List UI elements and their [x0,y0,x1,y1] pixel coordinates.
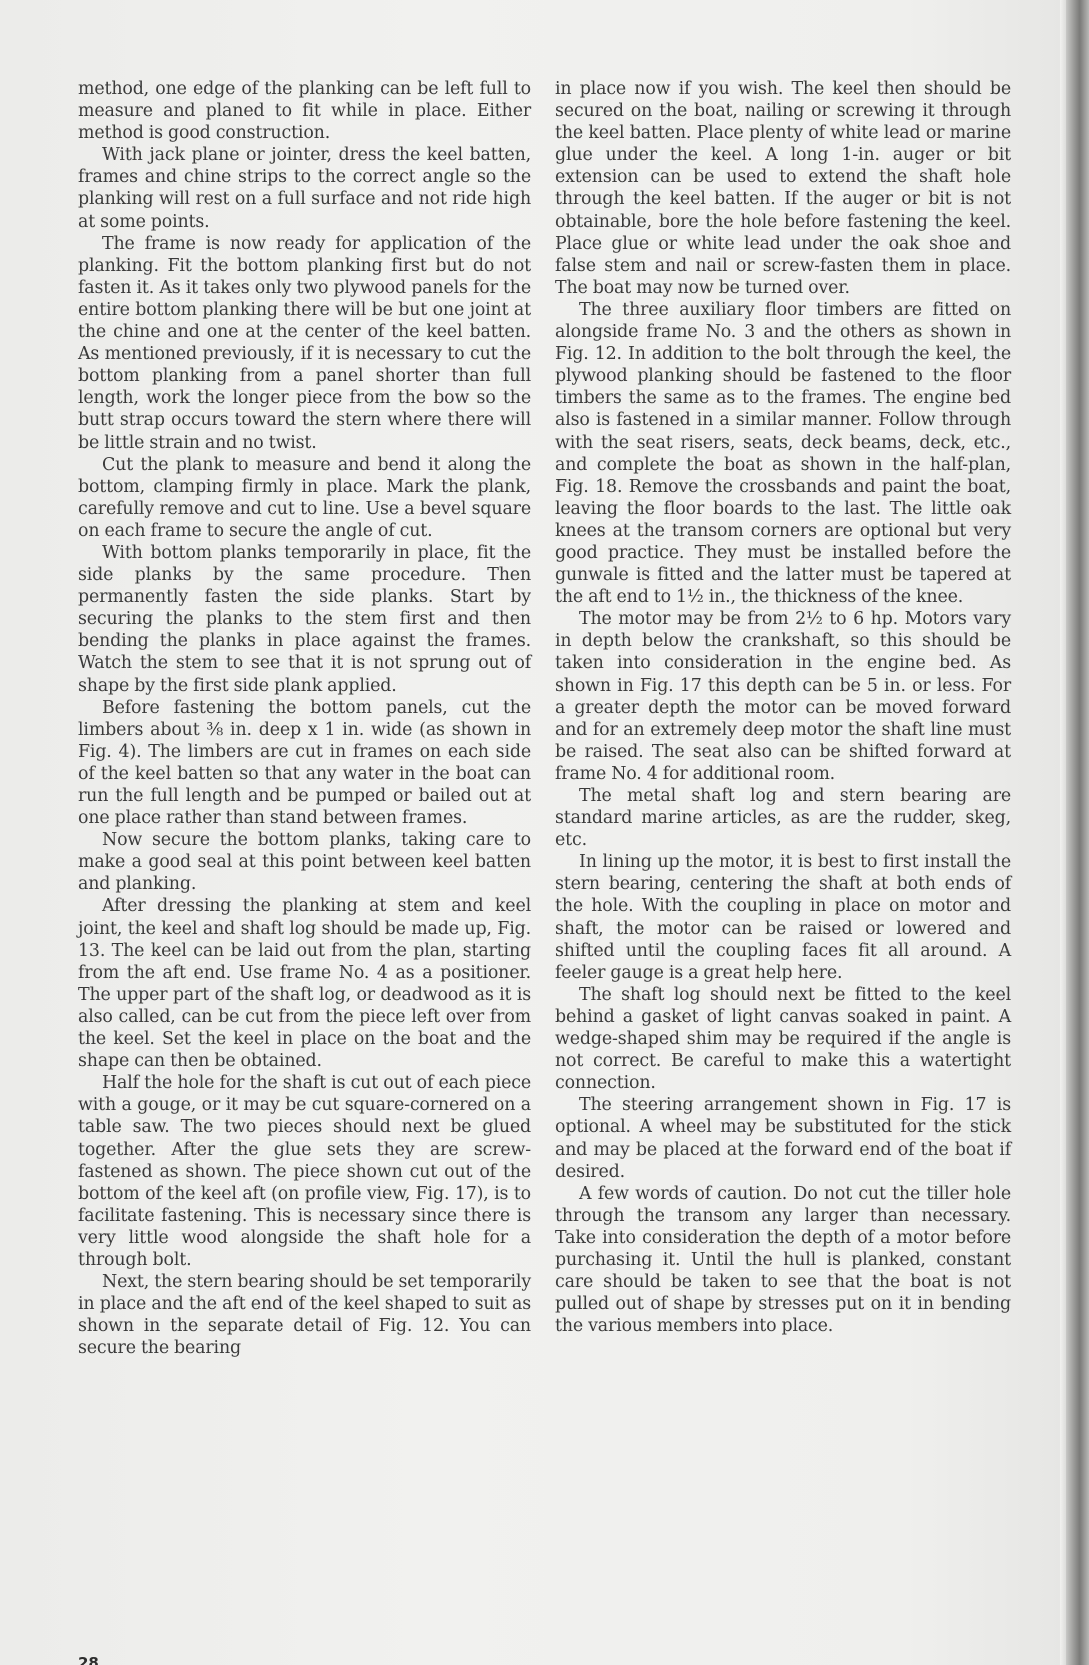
paragraph: In lining up the motor, it is best to fi… [555,851,1011,984]
right-text-column: in place now if you wish. The keel then … [555,78,1011,1337]
paragraph: The frame is now ready for application o… [78,233,531,454]
paragraph: in place now if you wish. The keel then … [555,78,1011,299]
paragraph: A few words of caution. Do not cut the t… [555,1183,1011,1338]
magazine-page: method, one edge of the planking can be … [0,0,1066,1665]
page-number: 28 [78,1654,99,1665]
paragraph: With jack plane or jointer, dress the ke… [78,144,531,232]
paragraph: The motor may be from 2½ to 6 hp. Motors… [555,608,1011,785]
paragraph: After dressing the planking at stem and … [78,895,531,1072]
paragraph: The metal shaft log and stern bearing ar… [555,785,1011,851]
paragraph: The steering arrangement shown in Fig. 1… [555,1094,1011,1182]
paragraph: The three auxiliary floor timbers are fi… [555,299,1011,608]
binding-spine [1066,0,1089,1665]
paragraph: Cut the plank to measure and bend it alo… [78,454,531,542]
paragraph: method, one edge of the planking can be … [78,78,531,144]
paragraph: Before fastening the bottom panels, cut … [78,697,531,830]
paragraph: The shaft log should next be fitted to t… [555,984,1011,1094]
paragraph: Next, the stern bearing should be set te… [78,1271,531,1359]
left-text-column: method, one edge of the planking can be … [78,78,531,1359]
paragraph: With bottom planks temporarily in place,… [78,542,531,697]
paragraph: Now secure the bottom planks, taking car… [78,829,531,895]
paragraph: Half the hole for the shaft is cut out o… [78,1072,531,1271]
